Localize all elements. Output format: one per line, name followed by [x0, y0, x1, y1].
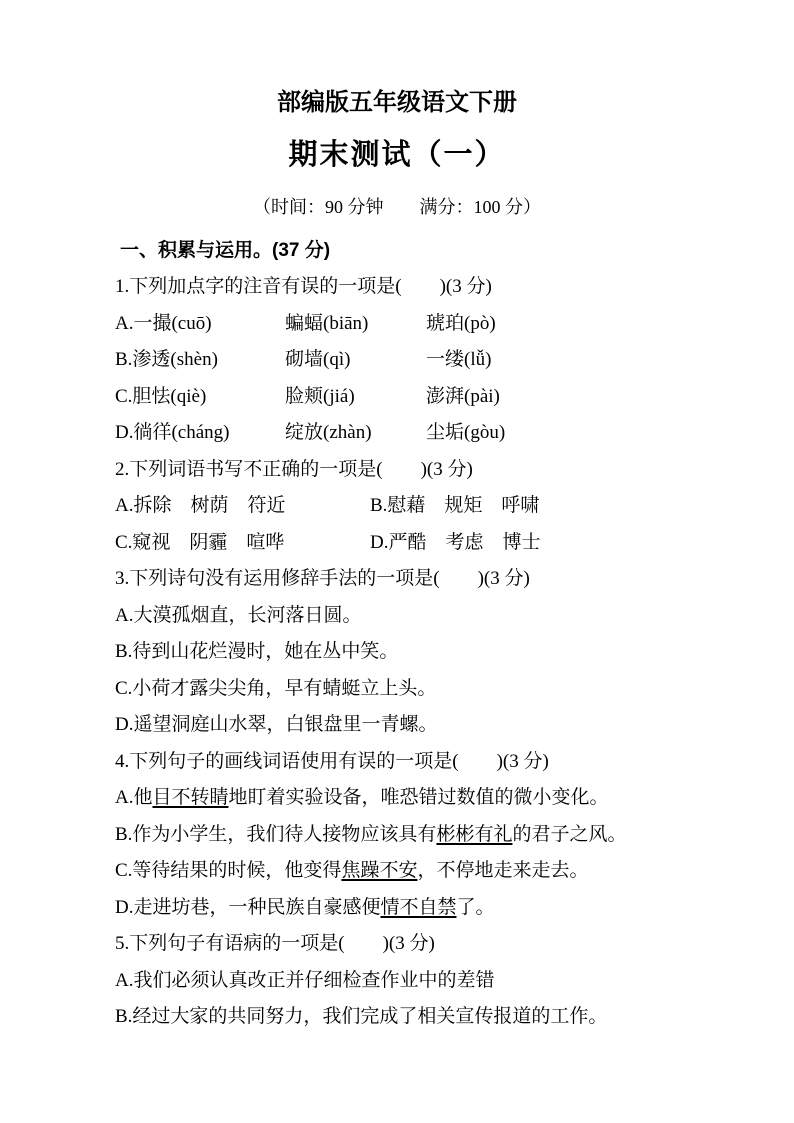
q1-pinyin-item: 砌墙(qì)	[285, 342, 426, 379]
q1-pinyin-item: D.徜徉(cháng)	[115, 415, 285, 452]
q3-option-d: D.遥望洞庭山水翠，白银盘里一青螺。	[0, 707, 794, 744]
plain-text: 了。	[457, 897, 495, 918]
q1-stem: 1.下列加点字的注音有误的一项是( )(3 分)	[0, 269, 794, 306]
q5-stem: 5.下列句子有语病的一项是( )(3 分)	[0, 926, 794, 963]
q2-word-group: C.窥视 阴霾 喧哗	[115, 525, 370, 562]
exam-info-line: （时间：90 分钟 满分：100 分）	[0, 192, 794, 222]
q4-option-d: D.走进坊巷，一种民族自豪感便情不自禁了。	[0, 890, 794, 927]
plain-text: ，不停地走来走去。	[417, 860, 588, 881]
underlined-phrase: 彬彬有礼	[436, 824, 512, 845]
q1-option-row-b: B.渗透(shèn)砌墙(qì)一缕(lǚ)	[0, 342, 794, 379]
q1-option-row-c: C.胆怯(qiè)脸颊(jiá)澎湃(pài)	[0, 379, 794, 416]
q4-option-c: C.等待结果的时候，他变得焦躁不安，不停地走来走去。	[0, 853, 794, 890]
q2-word-group: A.拆除 树荫 符近	[115, 488, 370, 525]
q3-stem: 3.下列诗句没有运用修辞手法的一项是( )(3 分)	[0, 561, 794, 598]
q3-option-c: C.小荷才露尖尖角，早有蜻蜓立上头。	[0, 671, 794, 708]
q1-option-row-d: D.徜徉(cháng)绽放(zhàn)尘垢(gòu)	[0, 415, 794, 452]
plain-text: D.走进坊巷，一种民族自豪感便	[115, 897, 380, 918]
q1-pinyin-item: 澎湃(pài)	[426, 379, 500, 416]
plain-text: A.他	[115, 787, 152, 808]
q1-pinyin-item: 琥珀(pò)	[426, 306, 496, 343]
underlined-phrase: 目不转睛	[152, 787, 228, 808]
q4-option-b: B.作为小学生，我们待人接物应该具有彬彬有礼的君子之风。	[0, 817, 794, 854]
q1-pinyin-item: 一缕(lǚ)	[426, 342, 491, 379]
q1-pinyin-item: B.渗透(shèn)	[115, 342, 285, 379]
q2-option-row-cd: C.窥视 阴霾 喧哗D.严酷 考虑 博士	[0, 525, 794, 562]
q2-word-group: D.严酷 考虑 博士	[370, 525, 540, 562]
exam-paper-page: 部编版五年级语文下册 期末测试（一） （时间：90 分钟 满分：100 分） 一…	[0, 0, 794, 1123]
plain-text: 的君子之风。	[512, 824, 626, 845]
section-one-heading: 一、积累与运用。(37 分)	[0, 232, 794, 269]
q1-pinyin-item: 脸颊(jiá)	[285, 379, 426, 416]
q3-option-a: A.大漠孤烟直，长河落日圆。	[0, 598, 794, 635]
q1-pinyin-item: 绽放(zhàn)	[285, 415, 426, 452]
q4-stem: 4.下列句子的画线词语使用有误的一项是( )(3 分)	[0, 744, 794, 781]
q1-pinyin-item: 尘垢(gòu)	[426, 415, 505, 452]
plain-text: C.等待结果的时候，他变得	[115, 860, 341, 881]
q1-pinyin-item: A.一撮(cuō)	[115, 306, 285, 343]
q1-pinyin-item: 蝙蝠(biān)	[285, 306, 426, 343]
q2-stem: 2.下列词语书写不正确的一项是( )(3 分)	[0, 452, 794, 489]
exam-title: 期末测试（一）	[0, 132, 794, 178]
q4-option-a: A.他目不转睛地盯着实验设备，唯恐错过数值的微小变化。	[0, 780, 794, 817]
q2-word-group: B.慰藉 规矩 呼啸	[370, 488, 539, 525]
q2-option-row-ab: A.拆除 树荫 符近B.慰藉 规矩 呼啸	[0, 488, 794, 525]
plain-text: 地盯着实验设备，唯恐错过数值的微小变化。	[229, 787, 609, 808]
q1-pinyin-item: C.胆怯(qiè)	[115, 379, 285, 416]
q1-option-row-a: A.一撮(cuō)蝙蝠(biān)琥珀(pò)	[0, 306, 794, 343]
underlined-phrase: 情不自禁	[380, 897, 456, 918]
q5-option-b: B.经过大家的共同努力，我们完成了相关宣传报道的工作。	[0, 999, 794, 1036]
plain-text: B.作为小学生，我们待人接物应该具有	[115, 824, 436, 845]
underlined-phrase: 焦躁不安	[341, 860, 417, 881]
q3-option-b: B.待到山花烂漫时，她在丛中笑。	[0, 634, 794, 671]
doc-title: 部编版五年级语文下册	[0, 86, 794, 120]
q5-option-a: A.我们必须认真改正并仔细检查作业中的差错	[0, 963, 794, 1000]
